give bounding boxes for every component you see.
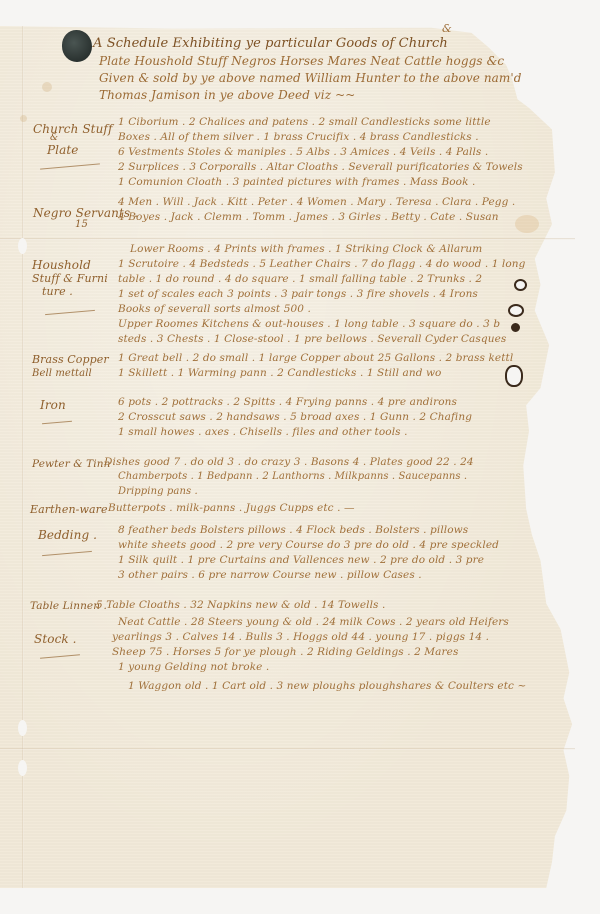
entry-line: white sheets good . 2 pre very Course do… [118,539,499,551]
paper-hole [514,279,527,291]
entry-line: 1 Skillett . 1 Warming pann . 2 Candlest… [118,367,441,379]
entry-line: Butterpots . milk-panns . Juggs Cupps et… [108,502,355,514]
wax-seal-icon [62,30,92,62]
entry-line: Upper Roomes Kitchens & out-houses . 1 l… [118,318,500,330]
entry-line: 1 set of scales each 3 points . 3 pair t… [118,288,478,300]
section-label: Bell mettall [32,368,92,379]
section-label: Stuff & Furni [32,272,108,285]
entry-line: Boxes . All of them silver . 1 brass Cru… [118,131,479,143]
entry-line: 5 Table Cloaths . 32 Napkins new & old .… [96,599,385,611]
horizontal-fold-line [0,748,575,750]
entry-line: 1 Waggon old . 1 Cart old . 3 new plough… [128,680,526,692]
section-label: Earthen-ware [30,503,108,516]
heading-line: Given & sold by ye above named William H… [99,71,522,85]
heading-line: Thomas Jamison in ye above Deed viz ~~ [99,88,355,102]
entry-line: Neat Cattle . 28 Steers young & old . 24… [118,616,509,628]
entry-line: steds . 3 Chests . 1 Close-stool . 1 pre… [118,333,506,345]
section-label: Iron [40,398,66,412]
entry-line: 2 Crosscut saws . 2 handsaws . 5 broad a… [118,411,472,423]
section-label: Bedding . [38,528,97,542]
entry-line: 1 Comunion Cloath . 3 painted pictures w… [118,176,475,188]
entry-line: 1 Silk quilt . 1 pre Curtains and Vallen… [118,554,484,566]
entry-line: yearlings 3 . Calves 14 . Bulls 3 . Hogg… [112,631,489,643]
entry-line: Books of severall sorts almost 500 . [118,303,311,315]
entry-line: Dishes good 7 . do old 3 . do crazy 3 . … [104,456,474,468]
paper-hole [505,365,523,387]
heading-line: A Schedule Exhibiting ye particular Good… [93,36,448,51]
paper-hole [18,238,27,254]
entry-line: 1 Ciborium . 2 Chalices and patens . 2 s… [118,116,491,128]
section-label: & [50,133,58,143]
section-label: Brass Copper [32,353,109,366]
section-label: Church Stuff [33,122,113,136]
entry-line: 6 pots . 2 pottracks . 2 Spitts . 4 Fryi… [118,396,457,408]
entry-line: Dripping pans . [118,486,198,497]
entry-line: 1 small howes . axes . Chisells . files … [118,426,408,438]
stain-mark [515,215,539,233]
section-label: Plate [47,143,79,157]
paper-hole [508,304,524,317]
entry-line: 4 Boyes . Jack . Clemm . Tomm . James . … [118,211,499,223]
entry-line: 3 other pairs . 6 pre narrow Course new … [118,569,422,581]
entry-line: table . 1 do round . 4 do square . 1 sma… [118,273,482,285]
entry-line: 1 young Gelding not broke . [118,661,269,673]
stain-mark [42,82,52,92]
section-label-count: 15 [75,219,88,230]
entry-line: 6 Vestments Stoles & maniples . 5 Albs .… [118,146,488,158]
entry-line: 8 feather beds Bolsters pillows . 4 Floc… [118,524,468,536]
entry-line: 1 Great bell . 2 do small . 1 large Copp… [118,352,513,364]
paper-hole [18,760,27,776]
superscript-addition: & [442,22,452,35]
paper-hole [511,323,520,332]
entry-line: 4 Men . Will . Jack . Kitt . Peter . 4 W… [118,196,515,208]
horizontal-fold-line [0,238,575,240]
stain-mark [20,115,27,122]
section-label: Pewter & Tinn [32,458,110,470]
entry-line: 2 Surplices . 3 Corporalls . Altar Cloat… [118,161,523,173]
section-label: Houshold [32,258,91,272]
entry-line: Chamberpots . 1 Bedpann . 2 Lanthorns . … [118,471,467,482]
entry-line: Lower Rooms . 4 Prints with frames . 1 S… [130,243,482,255]
entry-line: Sheep 75 . Horses 5 for ye plough . 2 Ri… [112,646,458,658]
heading-line: Plate Houshold Stuff Negros Horses Mares… [99,54,504,68]
paper-hole [18,720,27,736]
section-label: ture . [42,285,73,298]
entry-line: 1 Scrutoire . 4 Bedsteds . 5 Leather Cha… [118,258,526,270]
vertical-fold-line [22,26,24,888]
section-label: Stock . [34,632,77,646]
